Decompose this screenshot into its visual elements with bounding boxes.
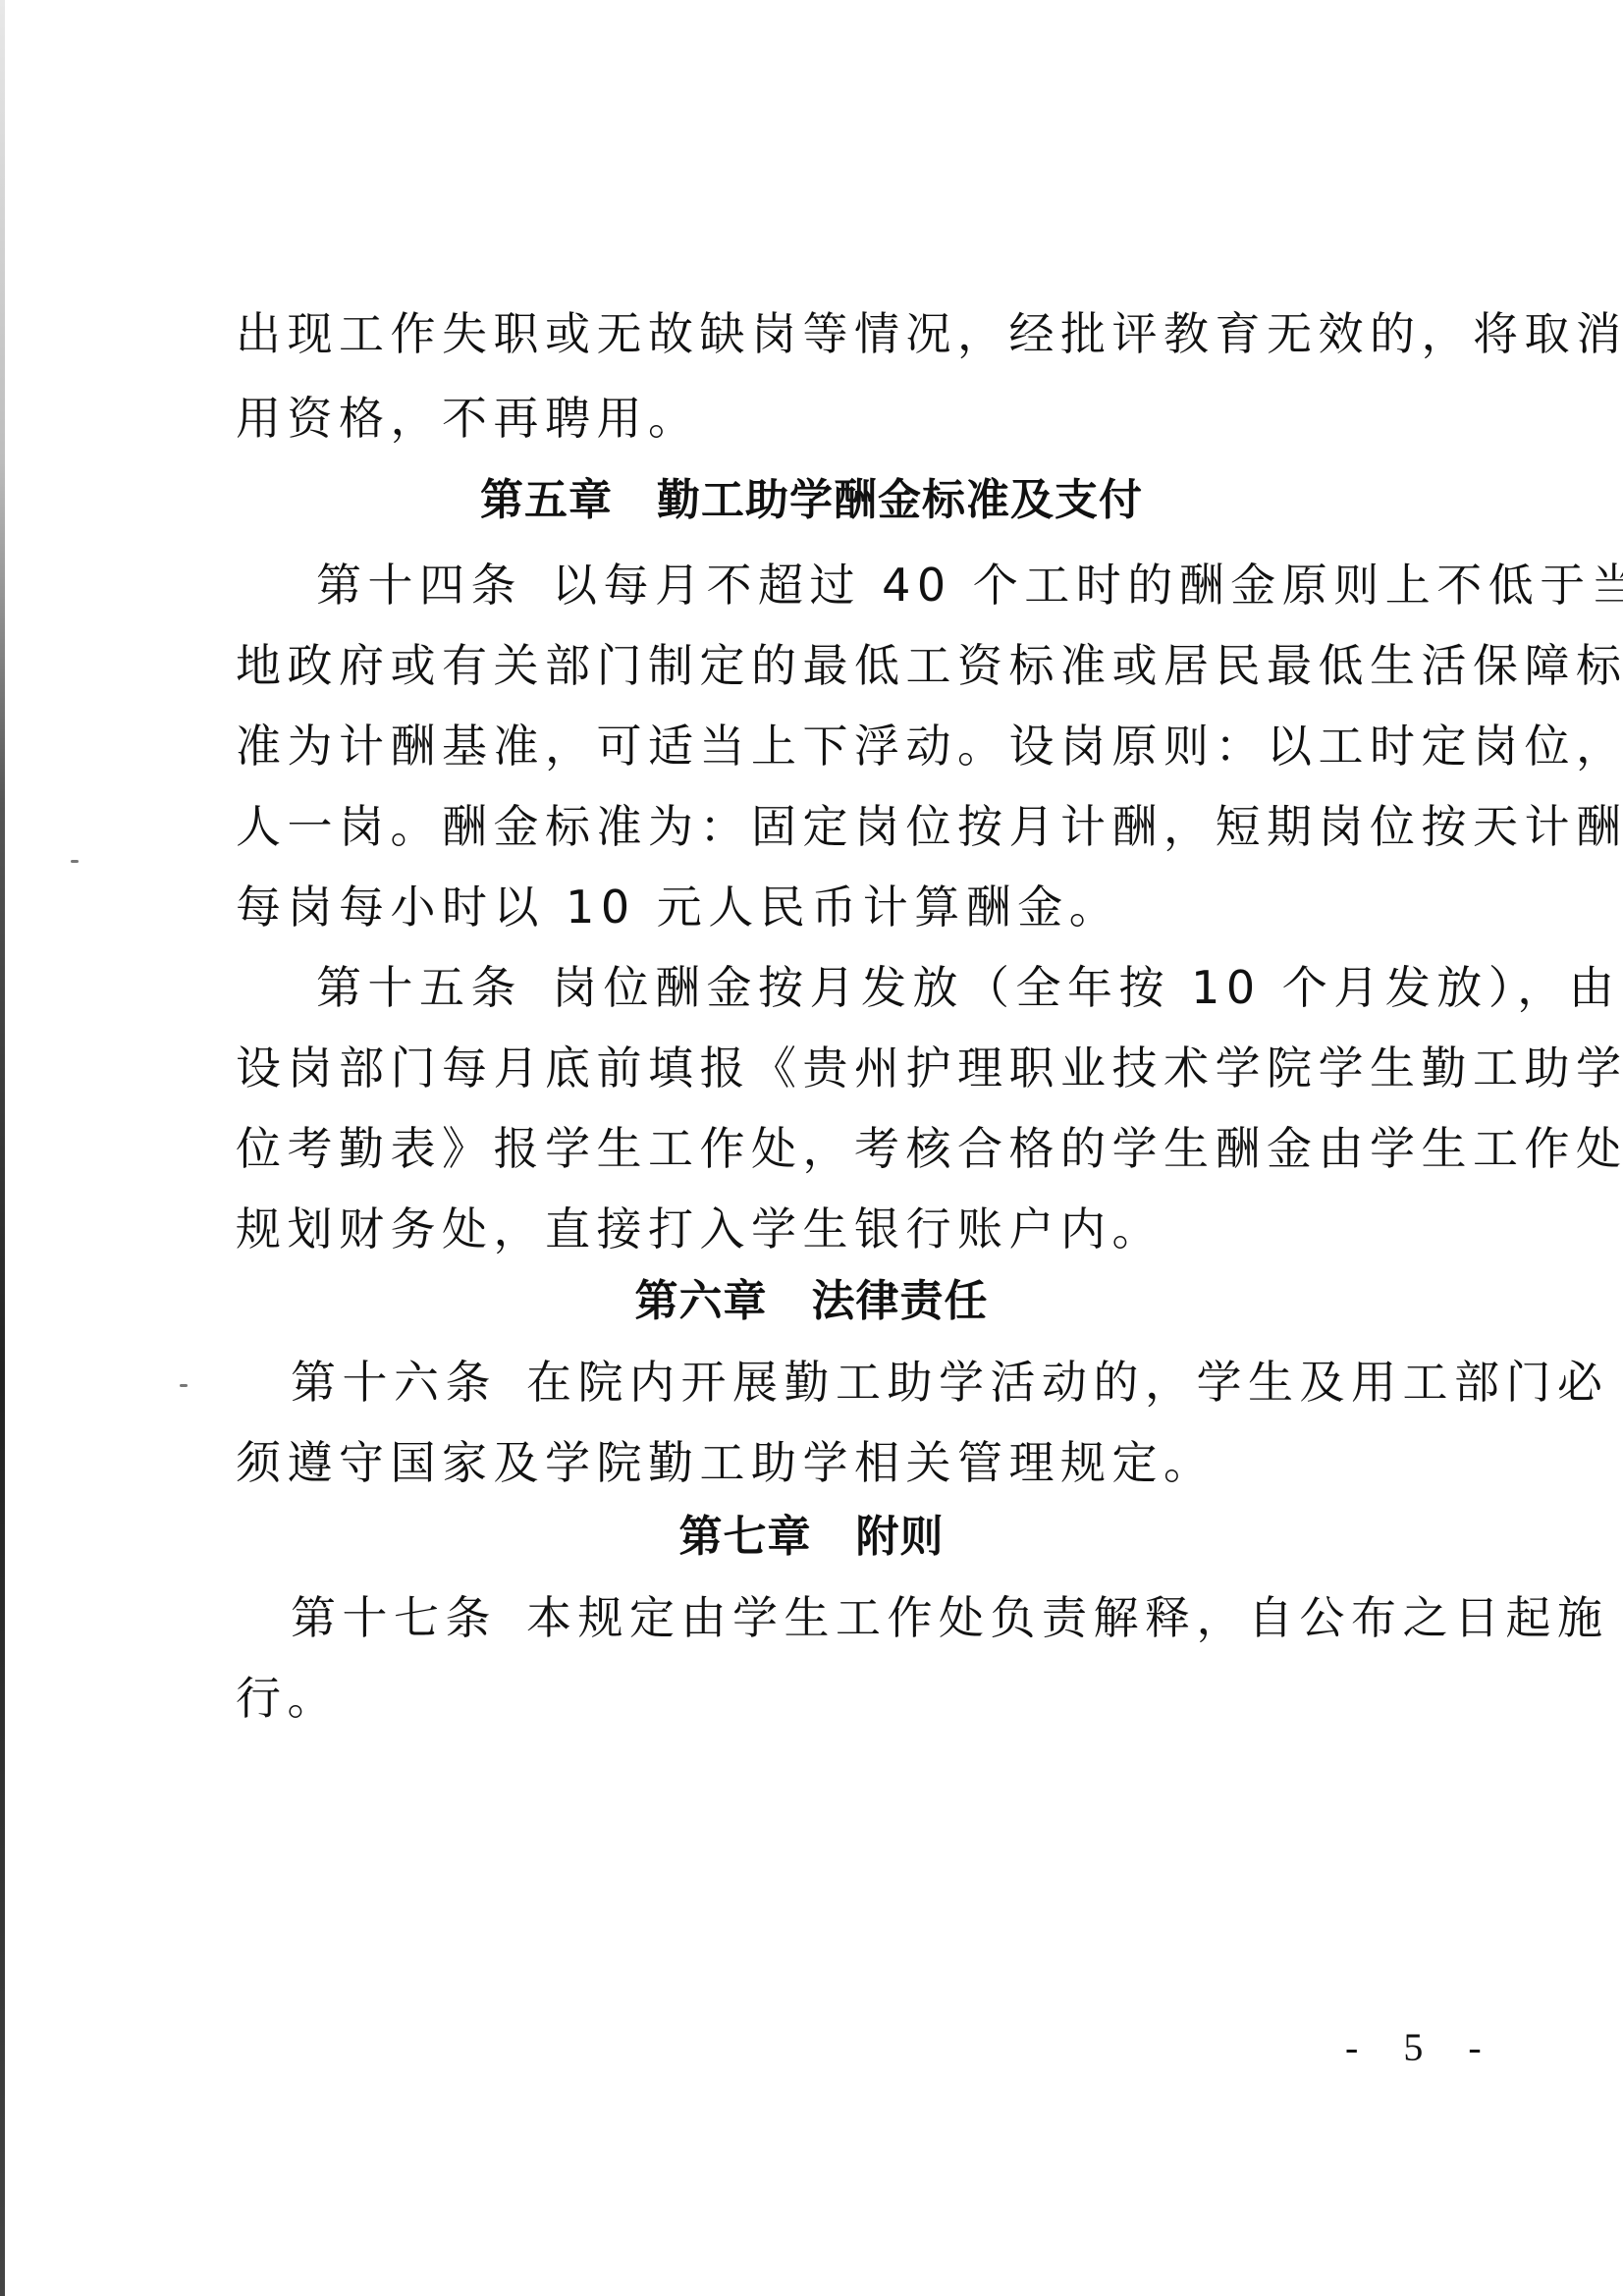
article-label: 第十七条 <box>291 1591 497 1644</box>
article-label: 第十四条 <box>316 559 522 612</box>
article-text: 以每月不超过 40 个工时的酬金原则上不低于当 <box>552 559 1623 612</box>
paragraph-line: 准为计酬基准，可适当上下浮动。设岗原则：以工时定岗位，一 <box>236 717 1443 775</box>
paragraph-line: 地政府或有关部门制定的最低工资标准或居民最低生活保障标 <box>236 636 1443 695</box>
article-label: 第十五条 <box>316 961 522 1014</box>
article-first-line: 第十五条岗位酬金按月发放（全年按 10 个月发放），由 <box>316 958 1524 1017</box>
paragraph-line: 规划财务处，直接打入学生银行账户内。 <box>236 1200 1443 1258</box>
article-text: 岗位酬金按月发放（全年按 10 个月发放），由 <box>552 961 1620 1014</box>
article-first-line: 第十六条在院内开展勤工助学活动的，学生及用工部门必 <box>291 1353 1498 1412</box>
paragraph-line: 出现工作失职或无故缺岗等情况，经批评教育无效的，将取消聘 <box>236 304 1443 363</box>
article-first-line: 第十七条本规定由学生工作处负责解释，自公布之日起施 <box>291 1588 1498 1647</box>
paragraph-line: 位考勤表》报学生工作处，考核合格的学生酬金由学生工作处报 <box>236 1119 1443 1178</box>
paragraph-line: 用资格，不再聘用。 <box>236 389 1443 448</box>
scan-speck <box>71 860 79 863</box>
paragraph-line: 须遵守国家及学院勤工助学相关管理规定。 <box>236 1433 1443 1492</box>
chapter-heading: 第六章 法律责任 <box>0 1272 1623 1331</box>
article-first-line: 第十四条以每月不超过 40 个工时的酬金原则上不低于当 <box>316 556 1524 614</box>
article-label: 第十六条 <box>291 1356 497 1409</box>
article-text: 本规定由学生工作处负责解释，自公布之日起施 <box>526 1591 1609 1644</box>
scan-speck <box>180 1384 188 1387</box>
scan-edge-shadow <box>0 0 5 2296</box>
paragraph-line: 人一岗。酬金标准为：固定岗位按月计酬，短期岗位按天计酬， <box>236 797 1443 856</box>
chapter-heading: 第五章 勤工助学酬金标准及支付 <box>0 471 1623 530</box>
chapter-heading: 第七章 附则 <box>0 1508 1623 1567</box>
page-number: - 5 - <box>1345 2024 1499 2070</box>
paragraph-line: 设岗部门每月底前填报《贵州护理职业技术学院学生勤工助学岗 <box>236 1039 1443 1097</box>
article-text: 在院内开展勤工助学活动的，学生及用工部门必 <box>526 1356 1609 1409</box>
paragraph-line: 行。 <box>236 1669 1443 1728</box>
paragraph-line: 每岗每小时以 10 元人民币计算酬金。 <box>236 878 1443 936</box>
